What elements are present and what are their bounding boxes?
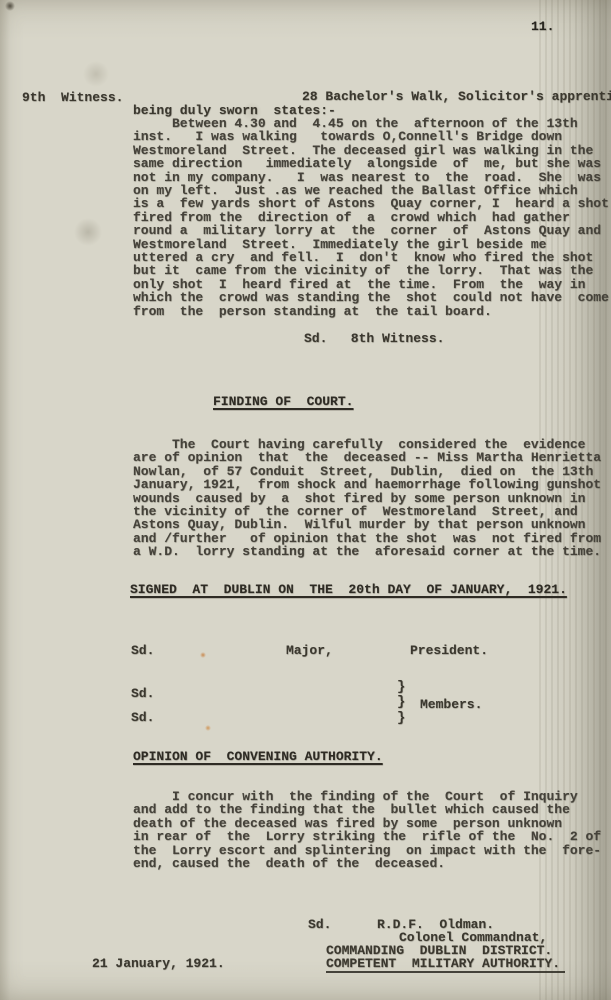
document-page: 11. 9th Witness. 28 Bachelor's Walk, Sol… — [0, 0, 611, 1000]
authority-sd: Sd. — [308, 918, 331, 931]
president-sd-line: Sd. — [131, 644, 154, 657]
witness-address: 28 Bachelor's Walk, Solicitor's apprenti… — [302, 90, 611, 103]
members-label: Members. — [420, 698, 482, 711]
president-rank: Major, — [286, 644, 333, 657]
opinion-paragraph: I concur with the finding of the Court o… — [133, 790, 601, 870]
finding-of-court-heading: FINDING OF COURT. — [213, 395, 353, 408]
opinion-of-convening-authority-heading: OPINION OF CONVENING AUTHORITY. — [133, 750, 383, 763]
witness-label: 9th Witness. — [22, 91, 123, 104]
witness-statement-paragraph: Between 4.30 and 4.45 on the afternoon o… — [133, 117, 609, 318]
member-sd-line-1: Sd. — [131, 687, 154, 700]
page-left-edge-shadow — [0, 0, 10, 1000]
signed-at-dublin-line: SIGNED AT DUBLIN ON THE 20th DAY OF JANU… — [130, 583, 567, 596]
members-brace: } } } — [397, 680, 405, 726]
document-date: 21 January, 1921. — [92, 957, 225, 970]
witness-signature-line: Sd. 8th Witness. — [304, 332, 444, 345]
finding-of-court-paragraph: The Court having carefully considered th… — [133, 438, 601, 559]
president-title: President. — [410, 644, 488, 657]
member-sd-line-2: Sd. — [131, 711, 154, 724]
authority-title: COMPETENT MILITARY AUTHORITY. — [326, 957, 565, 973]
page-number: 11. — [531, 20, 554, 33]
